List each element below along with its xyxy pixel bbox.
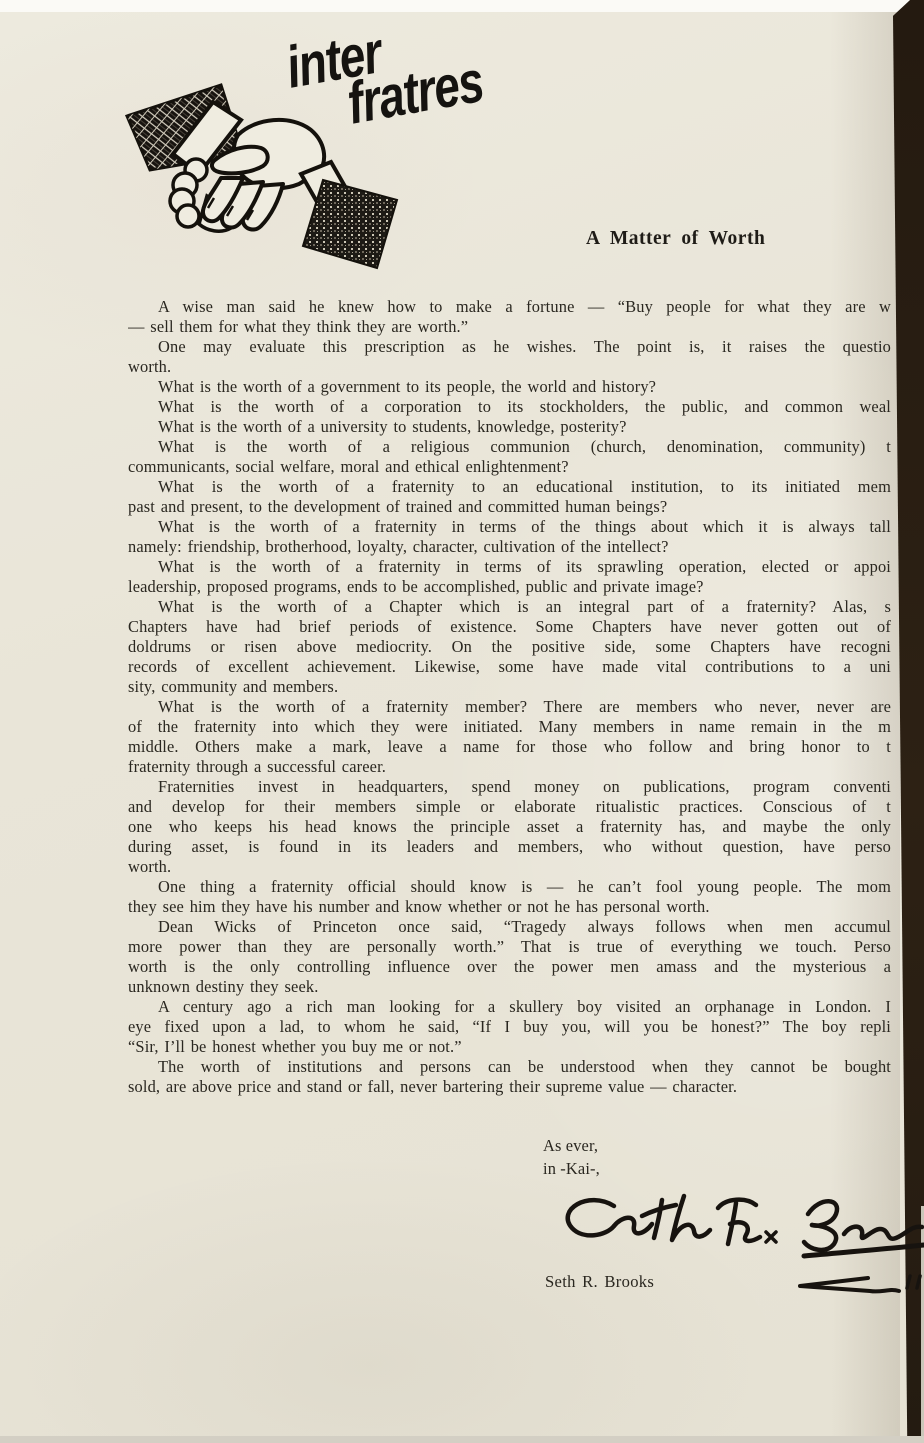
text-line: One thing a fraternity official should k…: [128, 877, 891, 897]
scanned-magazine-page: inter fratres A Matter of Worth A wise m…: [0, 0, 924, 1443]
text-line: What is the worth of a fraternity in ter…: [128, 557, 891, 577]
text-line: One may evaluate this prescription as he…: [128, 337, 891, 357]
text-line: middle. Others make a mark, leave a name…: [128, 737, 891, 757]
text-line: What is the worth of a Chapter which is …: [128, 597, 891, 617]
text-line: sity, community and members.: [128, 677, 891, 697]
text-line: past and present, to the development of …: [128, 497, 891, 517]
closing-line-1: As ever,: [543, 1134, 600, 1157]
text-line: What is the worth of a fraternity to an …: [128, 477, 891, 497]
text-line: worth.: [128, 857, 891, 877]
text-line: and develop for their members simple or …: [128, 797, 891, 817]
text-line: communicants, social welfare, moral and …: [128, 457, 891, 477]
text-line: one who keeps his head knows the princip…: [128, 817, 891, 837]
text-line: Dean Wicks of Princeton once said, “Trag…: [128, 917, 891, 937]
text-line: “Sir, I’ll be honest whether you buy me …: [128, 1037, 891, 1057]
text-line: A wise man said he knew how to make a fo…: [128, 297, 891, 317]
text-line: unknown destiny they seek.: [128, 977, 891, 997]
text-line: What is the worth of a religious communi…: [128, 437, 891, 457]
text-line: more power than they are personally wort…: [128, 937, 891, 957]
article-body: A wise man said he knew how to make a fo…: [128, 297, 891, 1097]
text-line: What is the worth of a fraternity in ter…: [128, 517, 891, 537]
text-line: worth is the only controlling influence …: [128, 957, 891, 977]
text-line: What is the worth of a government to its…: [128, 377, 891, 397]
text-line: they see him they have his number and kn…: [128, 897, 891, 917]
article-title: A Matter of Worth: [586, 228, 765, 250]
text-line: Fraternities invest in headquarters, spe…: [128, 777, 891, 797]
text-line: namely: friendship, brotherhood, loyalty…: [128, 537, 891, 557]
photo-bottom-edge: [0, 1436, 924, 1443]
closing-line-2: in -Kai-,: [543, 1157, 600, 1180]
text-line: — sell them for what they think they are…: [128, 317, 891, 337]
text-line: The worth of institutions and persons ca…: [128, 1057, 891, 1077]
text-line: sold, are above price and stand or fall,…: [128, 1077, 891, 1097]
text-line: eye fixed upon a lad, to whom he said, “…: [128, 1017, 891, 1037]
text-line: What is the worth of a university to stu…: [128, 417, 891, 437]
text-line: What is the worth of a corporation to it…: [128, 397, 891, 417]
text-line: during asset, is found in its leaders an…: [128, 837, 891, 857]
closing-block: As ever, in -Kai-,: [543, 1134, 600, 1180]
signature-typed-name: Seth R. Brooks: [545, 1272, 654, 1292]
text-line: fraternity through a successful career.: [128, 757, 891, 777]
text-line: Chapters have had brief periods of exist…: [128, 617, 891, 637]
text-line: leadership, proposed programs, ends to b…: [128, 577, 891, 597]
text-line: worth.: [128, 357, 891, 377]
text-line: doldrums or risen above mediocrity. On t…: [128, 637, 891, 657]
text-line: records of excellent achievement. Likewi…: [128, 657, 891, 677]
text-line: What is the worth of a fraternity member…: [128, 697, 891, 717]
text-line: A century ago a rich man looking for a s…: [128, 997, 891, 1017]
text-line: of the fraternity into which they were i…: [128, 717, 891, 737]
